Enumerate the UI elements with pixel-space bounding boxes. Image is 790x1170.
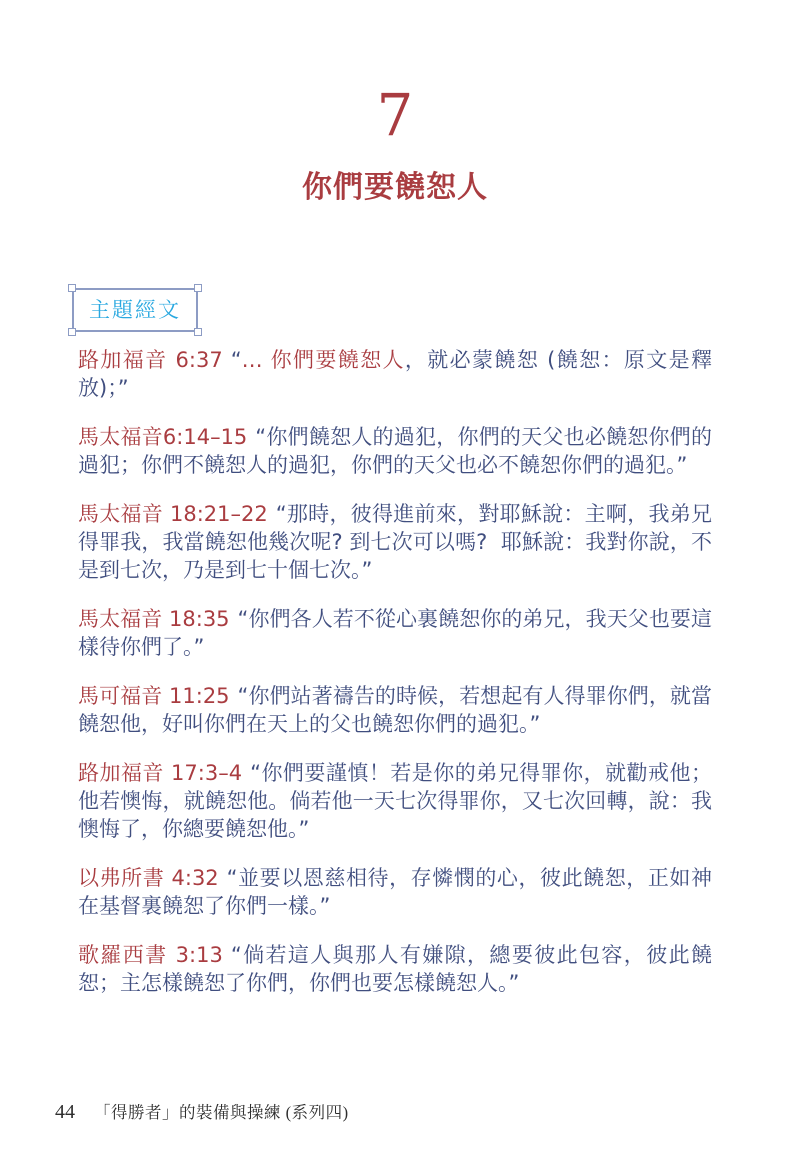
page-number: 44 [55, 1101, 75, 1124]
verse: 以弗所書 4:32“並要以恩慈相待，存憐憫的心，彼此饒恕，正如神在基督裏饒恕了你… [78, 864, 712, 920]
chapter-number: 7 [0, 84, 790, 148]
verse-reference: 馬太福音 18:35 [78, 607, 230, 631]
section-label-theme-scripture: 主題經文 [72, 288, 198, 332]
verse-reference: 以弗所書 4:32 [78, 866, 219, 890]
section-label-text: 主題經文 [89, 298, 181, 322]
verse-reference: 馬太福音 18:21–22 [78, 502, 268, 526]
document-page: 7 你們要饒恕人 主題經文 路加福音 6:37“… 你們要饒恕人，就必蒙饒恕 (… [0, 0, 790, 1170]
verse-reference: 歌羅西書 3:13 [78, 943, 223, 967]
verse-reference: 馬太福音6:14–15 [78, 425, 247, 449]
page-footer: 44 「得勝者」的裝備與操練 (系列四) [55, 1099, 349, 1124]
verse: 馬太福音 18:21–22“那時，彼得進前來，對耶穌說：主啊，我弟兄得罪我，我當… [78, 500, 712, 584]
chapter-title: 你們要饒恕人 [0, 162, 790, 206]
corner-ornament [68, 284, 76, 292]
book-title: 「得勝者」的裝備與操練 (系列四) [94, 1099, 349, 1123]
verse: 馬太福音 18:35“你們各人若不從心裏饒恕你的弟兄，我天父也要這樣待你們了。” [78, 605, 712, 661]
corner-ornament [194, 328, 202, 336]
verse: 路加福音 17:3–4“你們要謹慎！若是你的弟兄得罪你，就勸戒他；他若懊悔，就饒… [78, 759, 712, 843]
corner-ornament [194, 284, 202, 292]
verse: 歌羅西書 3:13“倘若這人與那人有嫌隙，總要彼此包容，彼此饒恕；主怎樣饒恕了你… [78, 941, 712, 997]
corner-ornament [68, 328, 76, 336]
verse-highlight-text: … 你們要饒恕人 [242, 348, 405, 372]
verse-list: 路加福音 6:37“… 你們要饒恕人，就必蒙饒恕 (饒恕：原文是釋放)；” 馬太… [78, 346, 712, 1018]
verse-quote-open: “ [231, 348, 242, 372]
verse: 馬太福音6:14–15“你們饒恕人的過犯，你們的天父也必饒恕你們的過犯；你們不饒… [78, 423, 712, 479]
verse-reference: 馬可福音 11:25 [78, 684, 230, 708]
verse-reference: 路加福音 17:3–4 [78, 761, 242, 785]
verse-reference: 路加福音 6:37 [78, 348, 223, 372]
verse: 馬可福音 11:25“你們站著禱告的時候，若想起有人得罪你們，就當饒恕他，好叫你… [78, 682, 712, 738]
verse: 路加福音 6:37“… 你們要饒恕人，就必蒙饒恕 (饒恕：原文是釋放)；” [78, 346, 712, 402]
